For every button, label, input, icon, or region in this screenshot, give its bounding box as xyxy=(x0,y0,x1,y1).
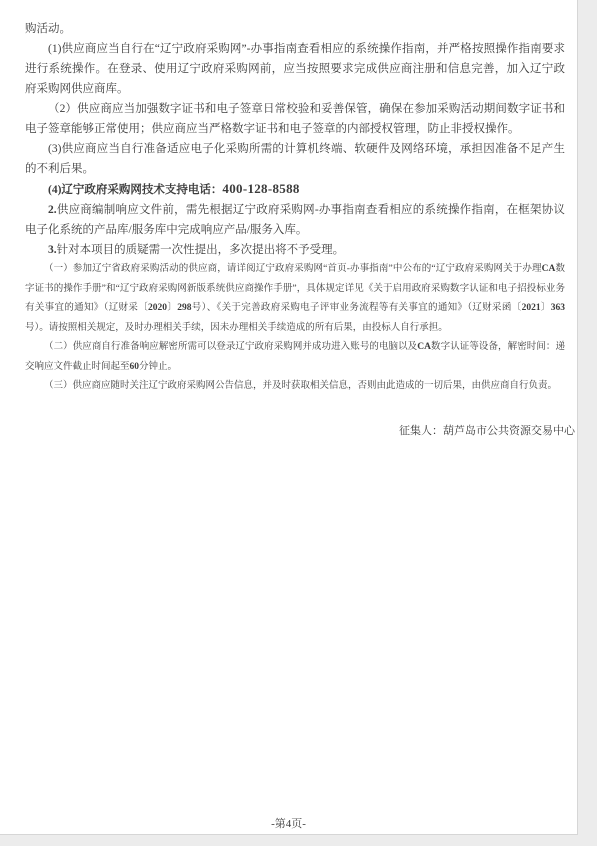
text-run: (3)供应商应当自行准备适应电子化采购所需的计算机终端、软硬件及网络环境，承担因… xyxy=(25,143,565,175)
paragraph: 3.针对本项目的质疑需一次性提出，多次提出将不予受理。 xyxy=(25,240,565,260)
text-run: 号）、《关于完善政府采购电子评审业务流程等有关事宜的通知》（辽财采函〔 xyxy=(191,303,521,313)
text-run: 2. xyxy=(48,204,57,216)
page-number: -第4页- xyxy=(0,815,577,831)
paragraph: 购活动。 xyxy=(25,19,565,39)
paragraph: （2）供应商应当加强数字证书和电子签章日常校验和妥善保管，确保在参加采购活动期间… xyxy=(25,99,565,139)
paragraph: 2.供应商编制响应文件前，需先根据辽宁政府采购网-办事指南查看相应的系统操作指南… xyxy=(25,200,565,240)
paragraph: （三）供应商应随时关注辽宁政府采购网公告信息，并及时获取相关信息，否则由此造成的… xyxy=(25,377,565,397)
text-run: 〕 xyxy=(541,303,551,313)
text-run: 供应商编制响应文件前，需先根据辽宁政府采购网-办事指南查看相应的系统操作指南，在… xyxy=(25,204,565,236)
paragraph: (4)辽宁政府采购网技术支持电话：400-128-8588 xyxy=(25,179,565,200)
text-run: 号）。请按照相关规定，及时办理相关手续，因未办理相关手续造成的所有后果，由投标人… xyxy=(25,323,448,333)
paragraph: (1)供应商应当自行在“辽宁政府采购网”-办事指南查看相应的系统操作指南，并严格… xyxy=(25,39,565,99)
text-run: 购活动。 xyxy=(25,23,71,35)
text-run: CA xyxy=(542,264,556,274)
text-run: 400-128-8588 xyxy=(222,181,299,196)
text-run: 2021 xyxy=(522,303,541,313)
text-run: 分钟止。 xyxy=(139,362,177,372)
document-page: 购活动。(1)供应商应当自行在“辽宁政府采购网”-办事指南查看相应的系统操作指南… xyxy=(0,0,578,835)
text-run: (4)辽宁政府采购网技术支持电话： xyxy=(48,184,222,196)
text-run: （一）参加辽宁省政府采购活动的供应商，请详阅辽宁政府采购网“首页-办事指南”中公… xyxy=(44,264,542,274)
paragraph: （二）供应商自行准备响应解密所需可以登录辽宁政府采购网并成功进入账号的电脑以及C… xyxy=(25,338,565,377)
text-run: （三）供应商应随时关注辽宁政府采购网公告信息，并及时获取相关信息，否则由此造成的… xyxy=(44,381,557,391)
text-run: 〕 xyxy=(167,303,177,313)
text-run: （2）供应商应当加强数字证书和电子签章日常校验和妥善保管，确保在参加采购活动期间… xyxy=(25,103,565,135)
text-run: (1)供应商应当自行在“辽宁政府采购网”-办事指南查看相应的系统操作指南，并严格… xyxy=(25,43,565,95)
text-run: 2020 xyxy=(148,303,167,313)
text-run: 3. xyxy=(48,244,57,256)
text-run: CA xyxy=(417,342,431,352)
document-body: 购活动。(1)供应商应当自行在“辽宁政府采购网”-办事指南查看相应的系统操作指南… xyxy=(0,0,577,397)
text-run: 60 xyxy=(130,362,140,372)
text-run: 363 xyxy=(551,303,565,313)
collector-signature-line: 征集人：葫芦岛市公共资源交易中心 xyxy=(0,421,577,441)
paragraph: (3)供应商应当自行准备适应电子化采购所需的计算机终端、软硬件及网络环境，承担因… xyxy=(25,139,565,179)
text-run: 针对本项目的质疑需一次性提出，多次提出将不予受理。 xyxy=(57,244,345,256)
text-run: 298 xyxy=(177,303,191,313)
paragraph: （一）参加辽宁省政府采购活动的供应商，请详阅辽宁政府采购网“首页-办事指南”中公… xyxy=(25,260,565,338)
text-run: （二）供应商自行准备响应解密所需可以登录辽宁政府采购网并成功进入账号的电脑以及 xyxy=(44,342,417,352)
